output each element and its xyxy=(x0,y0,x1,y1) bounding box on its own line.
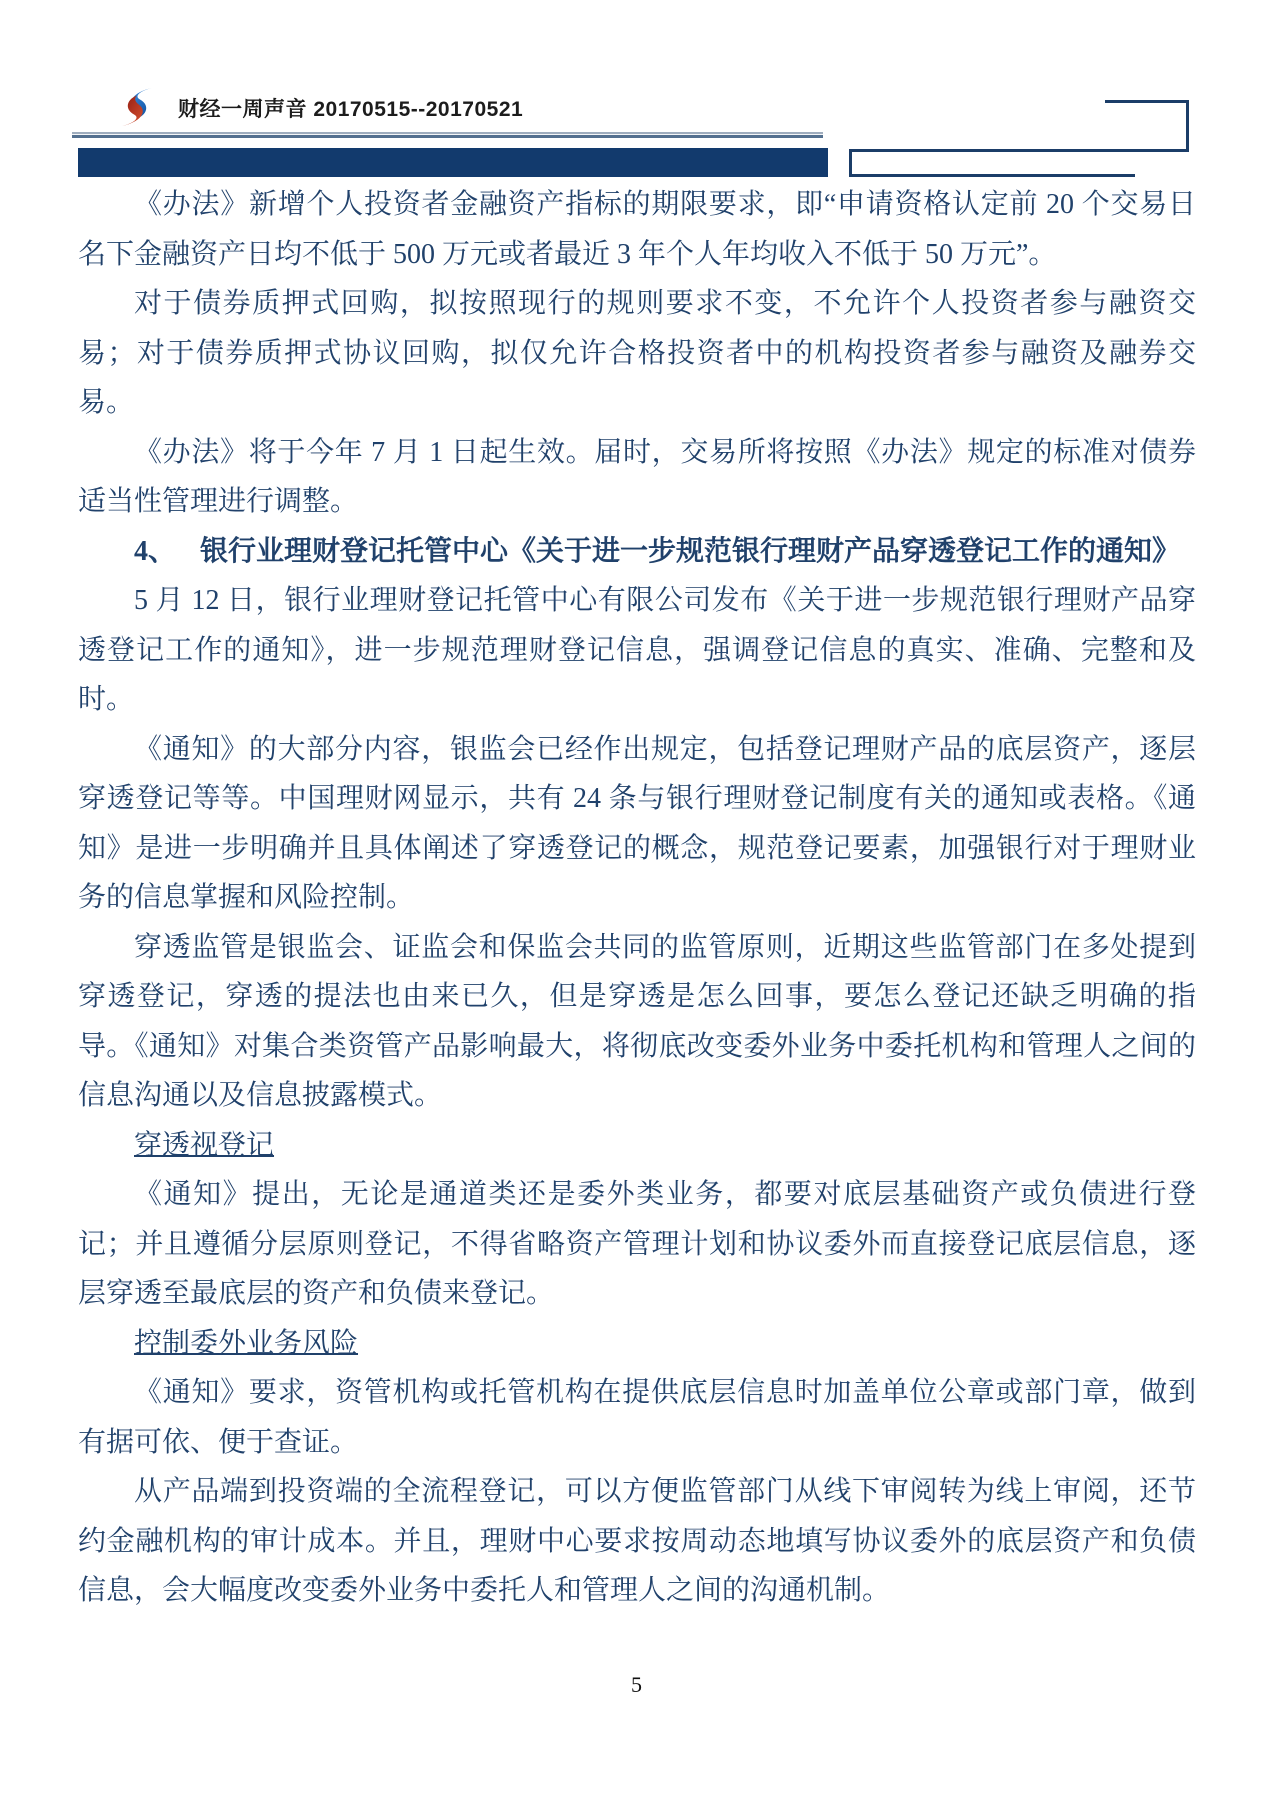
sub-section-heading: 穿透视登记 xyxy=(78,1121,1196,1171)
paragraph: 《通知》提出，无论是通道类还是委外类业务，都要对底层基础资产或负债进行登记；并且… xyxy=(78,1170,1196,1319)
header-divider-line xyxy=(72,132,823,138)
paragraph: 《通知》的大部分内容，银监会已经作出规定，包括登记理财产品的底层资产，逐层穿透登… xyxy=(78,725,1196,923)
textbox-outline-fragment xyxy=(849,174,1135,177)
paragraph: 《办法》新增个人投资者金融资产指标的期限要求，即“申请资格认定前 20 个交易日… xyxy=(78,180,1196,279)
paragraph: 对于债券质押式回购，拟按照现行的规则要求不变，不允许个人投资者参与融资交易；对于… xyxy=(78,279,1196,428)
paragraph: 穿透监管是银监会、证监会和保监会共同的监管原则，近期这些监管部门在多处提到穿透登… xyxy=(78,923,1196,1121)
section-heading-number: 4、 xyxy=(134,536,176,567)
textbox-outline-fragment xyxy=(1186,100,1189,152)
textbox-outline-fragment xyxy=(1105,100,1189,103)
textbox-outline-fragment xyxy=(849,149,852,177)
paragraph: 5 月 12 日，银行业理财登记托管中心有限公司发布《关于进一步规范银行理财产品… xyxy=(78,576,1196,725)
report-header-title: 财经一周声音 20170515--20170521 xyxy=(178,93,523,123)
paragraph: 《办法》将于今年 7 月 1 日起生效。届时，交易所将按照《办法》规定的标准对债… xyxy=(78,428,1196,527)
s-swoosh-logo-icon xyxy=(120,87,154,127)
section-heading: 4、银行业理财登记托管中心《关于进一步规范银行理财产品穿透登记工作的通知》 xyxy=(78,527,1196,577)
section-banner-bar xyxy=(78,148,828,177)
paragraph: 从产品端到投资端的全流程登记，可以方便监管部门从线下审阅转为线上审阅，还节约金融… xyxy=(78,1467,1196,1616)
page-number: 5 xyxy=(0,1672,1273,1698)
textbox-outline-fragment xyxy=(849,149,1189,152)
section-heading-title: 银行业理财登记托管中心《关于进一步规范银行理财产品穿透登记工作的通知》 xyxy=(200,536,1180,567)
document-page: 财经一周声音 20170515--20170521 《办法》新增个人投资者金融资… xyxy=(0,0,1273,1800)
document-body: 《办法》新增个人投资者金融资产指标的期限要求，即“申请资格认定前 20 个交易日… xyxy=(78,180,1196,1616)
sub-section-heading: 控制委外业务风险 xyxy=(78,1319,1196,1369)
paragraph: 《通知》要求，资管机构或托管机构在提供底层信息时加盖单位公章或部门章，做到有据可… xyxy=(78,1368,1196,1467)
